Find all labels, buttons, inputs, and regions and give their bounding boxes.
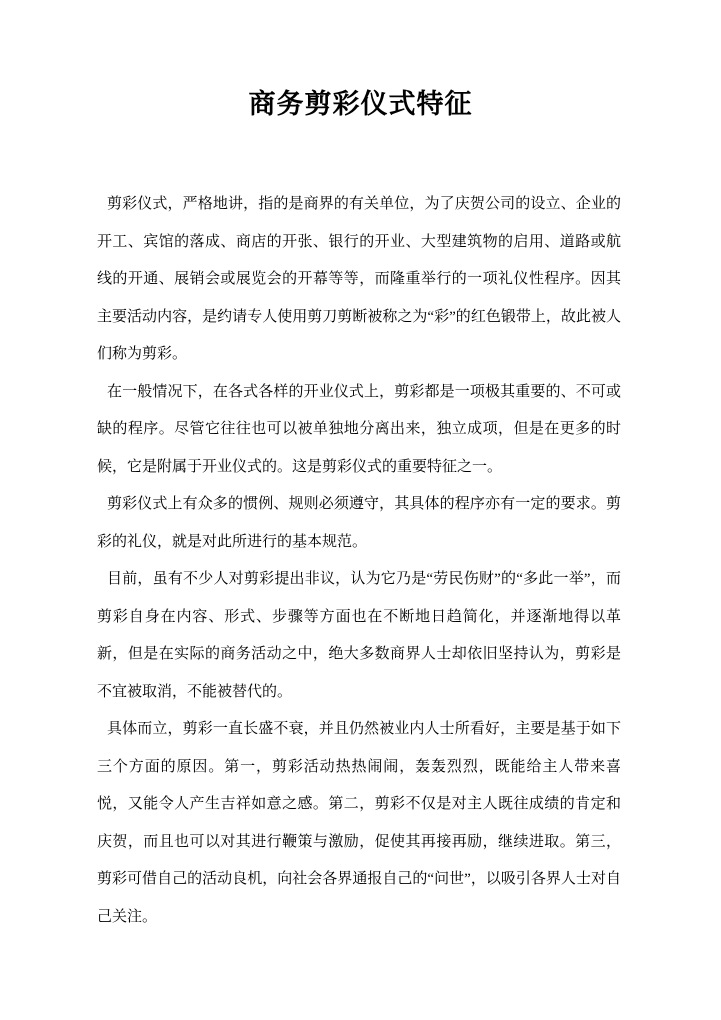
- document-page: 商务剪彩仪式特征 剪彩仪式，严格地讲，指的是商界的有关单位，为了庆贺公司的设立、…: [0, 0, 721, 1020]
- document-title: 商务剪彩仪式特征: [0, 84, 721, 124]
- body-paragraph: 目前，虽有不少人对剪彩提出非议，认为它乃是“劳民伤财”的“多此一举”，而剪彩自身…: [97, 561, 621, 711]
- body-paragraph: 剪彩仪式，严格地讲，指的是商界的有关单位，为了庆贺公司的设立、企业的开工、宾馆的…: [97, 186, 621, 374]
- body-paragraph: 剪彩仪式上有众多的惯例、规则必须遵守，其具体的程序亦有一定的要求。剪彩的礼仪，就…: [97, 486, 621, 561]
- body-paragraph: 在一般情况下，在各式各样的开业仪式上，剪彩都是一项极其重要的、不可或缺的程序。尽…: [97, 374, 621, 487]
- body-paragraph: 具体而立，剪彩一直长盛不衰，并且仍然被业内人士所看好，主要是基于如下三个方面的原…: [97, 711, 621, 936]
- document-body: 剪彩仪式，严格地讲，指的是商界的有关单位，为了庆贺公司的设立、企业的开工、宾馆的…: [97, 186, 621, 936]
